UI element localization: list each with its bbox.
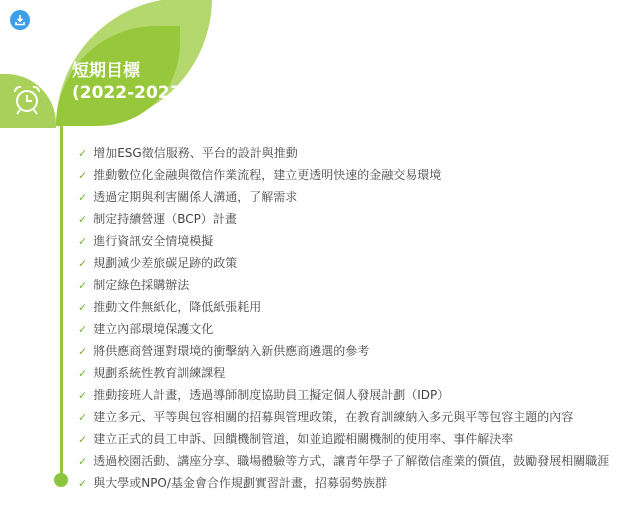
list-item: ✓建立多元、平等與包容相關的招募與管理政策，在教育訓練納入多元與平等包容主題的內… [78,406,609,428]
list-item: ✓透過校園活動、講座分享、職場體驗等方式，讓青年學子了解徵信產業的價值，鼓勵發展… [78,450,609,472]
goal-text: 建立正式的員工申訴、回饋機制管道，如並追蹤相關機制的使用率、事件解決率 [93,432,513,446]
check-icon: ✓ [78,433,87,446]
goal-text: 規劃減少差旅碳足跡的政策 [93,256,237,270]
goal-text: 透過定期與利害關係人溝通，了解需求 [93,190,297,204]
timeline-dot [54,473,68,487]
list-item: ✓推動數位化金融與徵信作業流程，建立更透明快速的金融交易環境 [78,164,609,186]
goal-text: 推動文件無紙化，降低紙張耗用 [93,300,261,314]
check-icon: ✓ [78,301,87,314]
list-item: ✓規劃系統性教育訓練課程 [78,362,609,384]
list-item: ✓規劃減少差旅碳足跡的政策 [78,252,609,274]
list-item: ✓增加ESG徵信服務、平台的設計與推動 [78,142,609,164]
check-icon: ✓ [78,213,87,226]
goal-text: 推動數位化金融與徵信作業流程，建立更透明快速的金融交易環境 [93,168,441,182]
list-item: ✓制定持續營運（BCP）計畫 [78,208,609,230]
check-icon: ✓ [78,257,87,270]
list-item: ✓推動文件無紙化，降低紙張耗用 [78,296,609,318]
list-item: ✓建立正式的員工申訴、回饋機制管道，如並追蹤相關機制的使用率、事件解決率 [78,428,609,450]
goal-text: 推動接班人計畫，透過導師制度協助員工擬定個人發展計劃（IDP） [93,388,449,402]
section-title: 短期目標 (2022-2023) [72,60,189,104]
title-text: 短期目標 [72,60,189,82]
list-item: ✓與大學或NPO/基金會合作規劃實習計畫，招募弱勢族群 [78,472,609,494]
list-item: ✓制定綠色採購辦法 [78,274,609,296]
list-item: ✓推動接班人計畫，透過導師制度協助員工擬定個人發展計劃（IDP） [78,384,609,406]
goal-text: 增加ESG徵信服務、平台的設計與推動 [93,146,298,160]
check-icon: ✓ [78,389,87,402]
download-icon [14,14,26,26]
check-icon: ✓ [78,345,87,358]
check-icon: ✓ [78,169,87,182]
goal-list: ✓增加ESG徵信服務、平台的設計與推動 ✓推動數位化金融與徵信作業流程，建立更透… [78,142,609,494]
goal-text: 規劃系統性教育訓練課程 [93,366,225,380]
check-icon: ✓ [78,279,87,292]
goal-text: 制定綠色採購辦法 [93,278,189,292]
check-icon: ✓ [78,411,87,424]
check-icon: ✓ [78,147,87,160]
goal-text: 進行資訊安全情境模擬 [93,234,213,248]
check-icon: ✓ [78,477,87,490]
check-icon: ✓ [78,191,87,204]
list-item: ✓將供應商營運對環境的衝擊納入新供應商遴選的參考 [78,340,609,362]
check-icon: ✓ [78,235,87,248]
period-text: (2022-2023) [72,82,189,104]
goal-text: 建立內部環境保護文化 [93,322,213,336]
check-icon: ✓ [78,455,87,468]
goal-text: 將供應商營運對環境的衝擊納入新供應商遴選的參考 [93,344,369,358]
timeline-line [60,126,63,480]
check-icon: ✓ [78,367,87,380]
goal-text: 建立多元、平等與包容相關的招募與管理政策，在教育訓練納入多元與平等包容主題的內容 [93,410,573,424]
list-item: ✓透過定期與利害關係人溝通，了解需求 [78,186,609,208]
list-item: ✓進行資訊安全情境模擬 [78,230,609,252]
list-item: ✓建立內部環境保護文化 [78,318,609,340]
goal-text: 透過校園活動、講座分享、職場體驗等方式，讓青年學子了解徵信產業的價值，鼓勵發展相… [93,454,609,468]
download-button[interactable] [10,10,30,30]
alarm-clock-icon [12,84,42,116]
goal-text: 制定持續營運（BCP）計畫 [93,212,237,226]
check-icon: ✓ [78,323,87,336]
goal-text: 與大學或NPO/基金會合作規劃實習計畫，招募弱勢族群 [93,476,387,490]
